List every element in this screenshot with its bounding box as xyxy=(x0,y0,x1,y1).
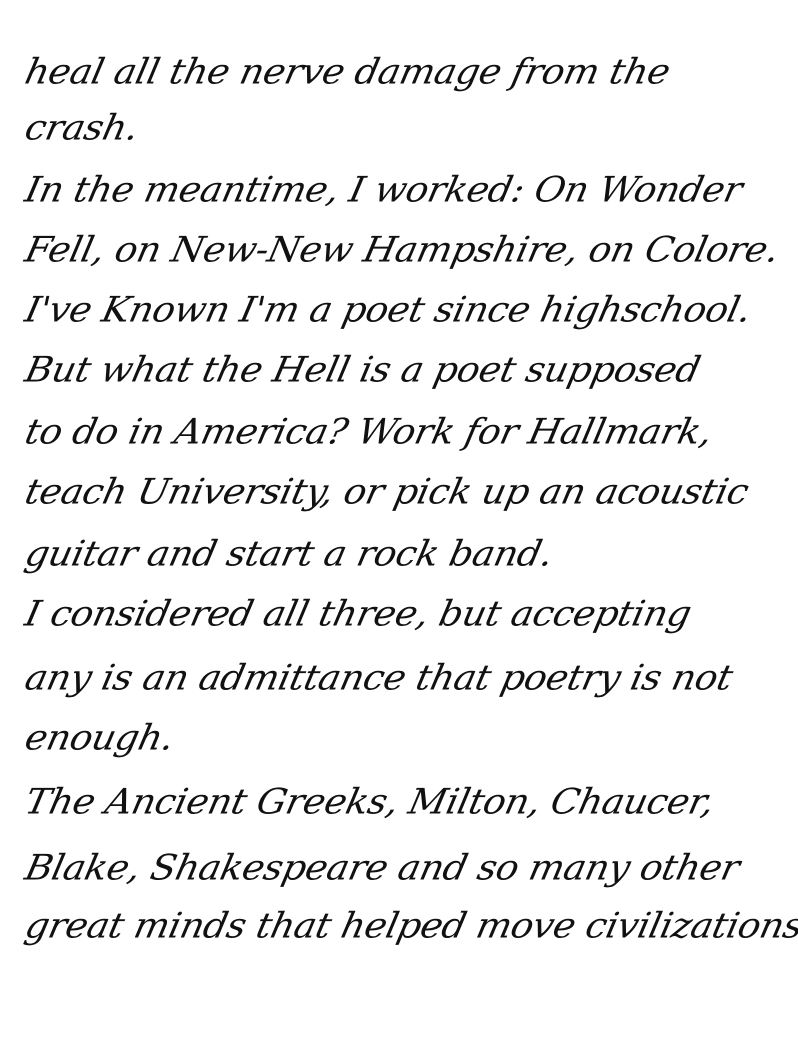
manuscript-line: I considered all three, but accepting xyxy=(22,596,694,631)
manuscript-line: teach University, or pick up an acoustic xyxy=(22,474,752,509)
manuscript-line: But what the Hell is a poet supposed xyxy=(22,352,703,387)
manuscript-line: guitar and start a rock band. xyxy=(22,536,556,571)
manuscript-line: heal all the nerve damage from the xyxy=(22,54,673,89)
manuscript-line: Blake, Shakespeare and so many other xyxy=(22,850,742,885)
manuscript-line: to do in America? Work for Hallmark, xyxy=(22,414,715,449)
manuscript-line: great minds that helped move civilizatio… xyxy=(22,908,798,943)
manuscript-line: In the meantime, I worked: On Wonder xyxy=(22,172,745,207)
manuscript-line: I've Known I'm a poet since highschool. xyxy=(22,292,754,327)
manuscript-line: enough. xyxy=(22,720,177,755)
handwritten-page: heal all the nerve damage from the crash… xyxy=(0,0,798,1040)
manuscript-line: crash. xyxy=(22,110,142,145)
manuscript-line: The Ancient Greeks, Milton, Chaucer, xyxy=(22,784,717,819)
manuscript-line: Fell, on New-New Hampshire, on Colore. xyxy=(22,232,782,267)
manuscript-line: any is an admittance that poetry is not xyxy=(22,660,735,695)
